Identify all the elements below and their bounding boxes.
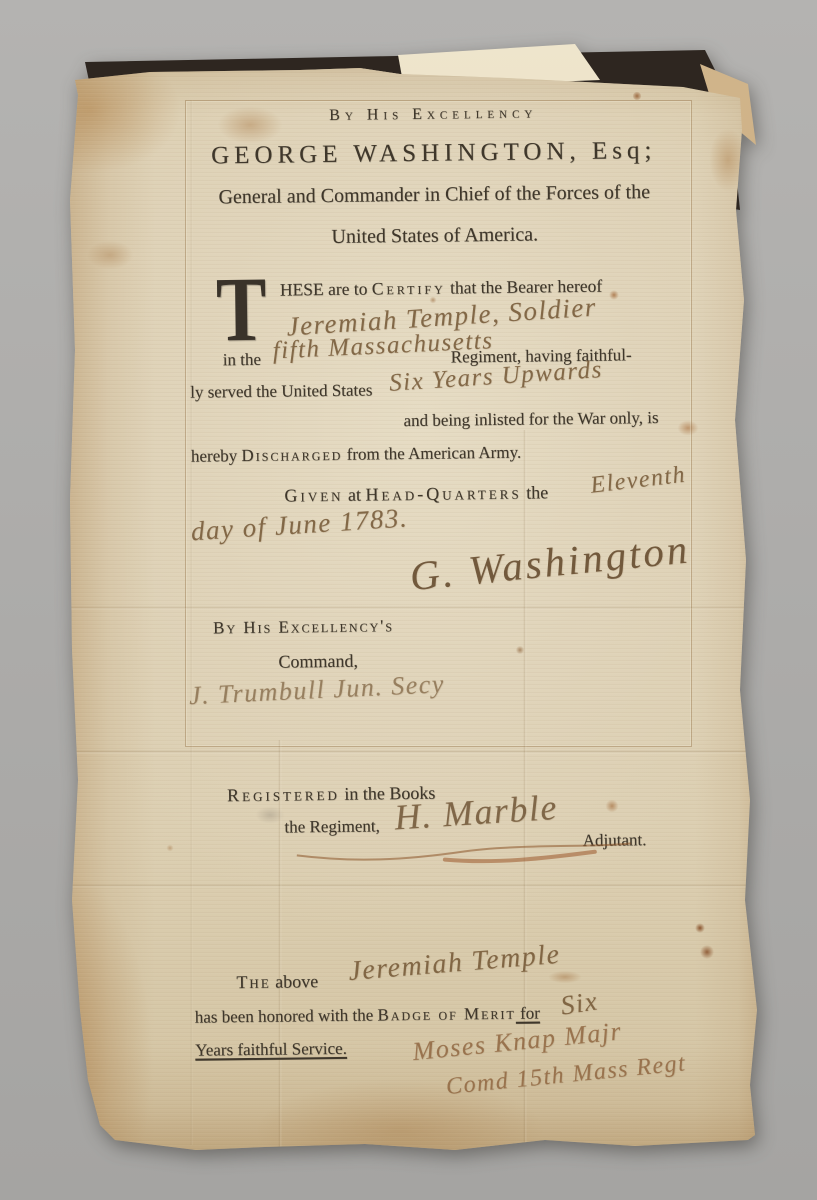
service-line: Years faithful Service. [195, 1039, 347, 1061]
certificate-text: By His Excellency GEORGE WASHINGTON, Esq… [55, 36, 779, 1165]
washington-signature: G. Washington [408, 524, 693, 600]
given-day-handwriting: Eleventh [589, 462, 687, 500]
given-line: Given at Head-Quarters the [284, 482, 548, 506]
badge-line: has been honored with the Badge of Merit… [195, 1003, 540, 1027]
header-by-his-excellency: By His Excellency [181, 103, 686, 127]
secretary-signature: J. Trumbull Jun. Secy [188, 669, 445, 711]
registered-word: Registered [227, 784, 340, 805]
the-word: the [522, 482, 549, 502]
hereby-word: hereby [191, 446, 242, 466]
years-value-handwriting: Six [559, 985, 601, 1021]
the-regiment-line: the Regiment, [284, 816, 380, 837]
drop-cap-T: T [216, 274, 267, 346]
service-length-handwriting: Six Years Upwards [388, 356, 603, 398]
from-army-words: from the American Army. [342, 443, 521, 464]
command-line: Command, [278, 651, 358, 673]
the-above-above: above [271, 971, 319, 992]
the-above-the: The [236, 972, 271, 992]
badge-soldier-name-handwriting: Jeremiah Temple [347, 939, 561, 988]
the-above-line: The above [236, 971, 318, 993]
certify-word: Certify [372, 278, 446, 299]
photograph-of-discharge-certificate: By His Excellency GEORGE WASHINGTON, Esq… [0, 0, 817, 1200]
head-quarters-word: Head-Quarters [365, 483, 521, 505]
header-united-states-line: United States of America. [182, 222, 687, 251]
discharged-word: Discharged [241, 445, 342, 465]
header-commander-line: General and Commander in Chief of the Fo… [172, 180, 697, 209]
honored-post: for [516, 1003, 540, 1022]
inlisted-line: and being inlisted for the War only, is [403, 408, 658, 431]
honored-pre: has been honored with the [195, 1005, 378, 1026]
at-word: at [343, 485, 365, 505]
certificate-paper: By His Excellency GEORGE WASHINGTON, Esq… [60, 40, 770, 1160]
given-date-handwriting: day of June 1783. [190, 502, 409, 547]
header-george-washington: GEORGE WASHINGTON, Esq; [171, 136, 696, 170]
in-the-line: in the [223, 350, 261, 370]
badge-of-merit-words: Badge of Merit [377, 1004, 516, 1025]
paper-stack: By His Excellency GEORGE WASHINGTON, Esq… [0, 0, 817, 1200]
discharged-line: hereby Discharged from the American Army… [191, 443, 521, 467]
certify-pre: HESE are to [280, 278, 372, 299]
served-line: ly served the United States [190, 380, 372, 402]
signature-flourish [295, 835, 635, 875]
by-his-excellencys-line: By His Excellency's [213, 616, 394, 638]
given-word: Given [284, 485, 343, 506]
